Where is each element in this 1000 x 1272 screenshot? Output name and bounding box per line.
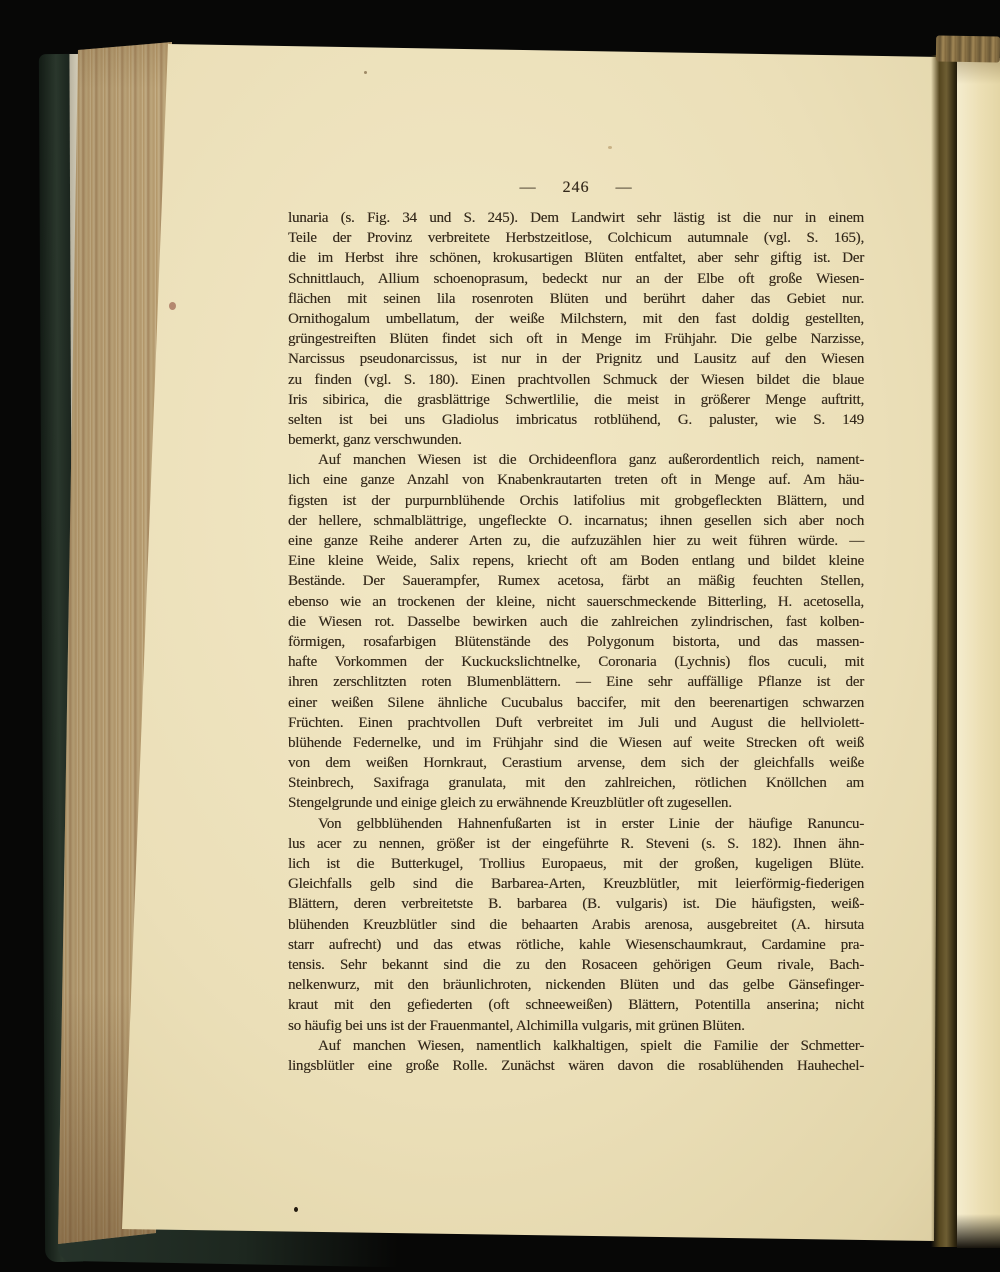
text-line: Stengelgrunde und einige gleich zu erwäh…: [288, 793, 864, 813]
text-line: kraut mit den gefiederten (oft schneewei…: [288, 995, 864, 1015]
text-line: Von gelbblühenden Hahnenfußarten ist in …: [288, 814, 864, 834]
paper-speck: [608, 146, 612, 149]
text-line: lich ist die Butterkugel, Trollius Europ…: [288, 854, 864, 874]
text-line: Früchten. Einen prachtvollen Duft verbre…: [288, 713, 864, 733]
text-line: Auf manchen Wiesen ist die Orchideenflor…: [288, 450, 864, 470]
text-line: Gleichfalls gelb sind die Barbarea-Arten…: [288, 874, 864, 894]
text-line: eine ganze Reihe anderer Arten zu, die a…: [288, 531, 864, 551]
text-line: lingsblütler eine große Rolle. Zunächst …: [288, 1056, 864, 1076]
book-gutter-shadow: [931, 55, 959, 1247]
text-line: von dem weißen Hornkraut, Cerastium arve…: [288, 753, 864, 773]
text-line: Bestände. Der Sauerampfer, Rumex acetosa…: [288, 571, 864, 591]
text-line: hafte Vorkommen der Kuckuckslichtnelke, …: [288, 652, 864, 672]
text-line: Blättern, deren verbreitetste B. barbare…: [288, 894, 864, 914]
text-line: zu finden (vgl. S. 180). Einen prachtvol…: [288, 370, 864, 390]
text-line: lich eine ganze Anzahl von Knabenkrautar…: [288, 470, 864, 490]
page-number: 246: [563, 178, 590, 198]
text-line: nelkenwurz, mit den bräunlichroten, nick…: [288, 975, 864, 995]
header-dash-left: —: [520, 178, 537, 198]
book-scan: { "document": { "header": { "left_dash":…: [0, 0, 1000, 1272]
text-line: Steinbrech, Saxifraga granulata, mit den…: [288, 773, 864, 793]
text-line: starr aufrecht) und das etwas rötliche, …: [288, 935, 864, 955]
text-line: ihren zerschlitzten roten Blumenblättern…: [288, 672, 864, 692]
facing-page-sliver: [957, 58, 1000, 1248]
text-line: die im Herbst ihre schönen, krokusartige…: [288, 248, 864, 268]
text-line: förmigen, rosafarbigen Blütenstände des …: [288, 632, 864, 652]
text-line: Eine kleine Weide, Salix repens, kriecht…: [288, 551, 864, 571]
paper-stain: [169, 302, 176, 310]
header-dash-right: —: [616, 178, 633, 198]
facing-page-top-edge: [936, 35, 1000, 62]
text-line: Schnittlauch, Allium schoenoprasum, bede…: [288, 269, 864, 289]
text-line: flächen mit seinen lila rosenroten Blüte…: [288, 289, 864, 309]
text-line: die Wiesen rot. Dasselbe bewirken auch d…: [288, 612, 864, 632]
text-line: blühenden Kreuzblütler sind die behaarte…: [288, 915, 864, 935]
text-line: lus acer zu nennen, größer ist der einge…: [288, 834, 864, 854]
paper-speck: [364, 71, 367, 74]
text-line: blühende Federnelke, und im Frühjahr sin…: [288, 733, 864, 753]
text-line: figsten ist der purpurnblühende Orchis l…: [288, 491, 864, 511]
text-line: Ornithogalum umbellatum, der weiße Milch…: [288, 309, 864, 329]
printed-text-block: — 246 — lunaria (s. Fig. 34 und S. 245).…: [288, 178, 864, 1076]
page-header: — 246 —: [288, 178, 864, 198]
text-line: Narcissus pseudonarcissus, ist nur in de…: [288, 349, 864, 369]
text-line: Teile der Provinz verbreitete Herbstzeit…: [288, 228, 864, 248]
text-line: tensis. Sehr bekannt sind die zu den Ros…: [288, 955, 864, 975]
text-line: Auf manchen Wiesen, namentlich kalkhalti…: [288, 1036, 864, 1056]
text-line: ebenso wie an trockenen der kleine, nich…: [288, 592, 864, 612]
text-line: bemerkt, ganz verschwunden.: [288, 430, 864, 450]
text-line: selten ist bei uns Gladiolus imbricatus …: [288, 410, 864, 430]
text-line: lunaria (s. Fig. 34 und S. 245). Dem Lan…: [288, 208, 864, 228]
text-line: Iris sibirica, die grasblättrige Schwert…: [288, 390, 864, 410]
text-line: der hellere, schmalblättrige, ungefleckt…: [288, 511, 864, 531]
paper-speck: [294, 1207, 298, 1212]
text-lines: lunaria (s. Fig. 34 und S. 245). Dem Lan…: [288, 208, 864, 1076]
text-line: so häufig bei uns ist der Frauenmantel, …: [288, 1016, 864, 1036]
text-line: einer weißen Silene ähnliche Cucubalus b…: [288, 693, 864, 713]
text-line: grüngestreiften Blüten findet sich oft i…: [288, 329, 864, 349]
